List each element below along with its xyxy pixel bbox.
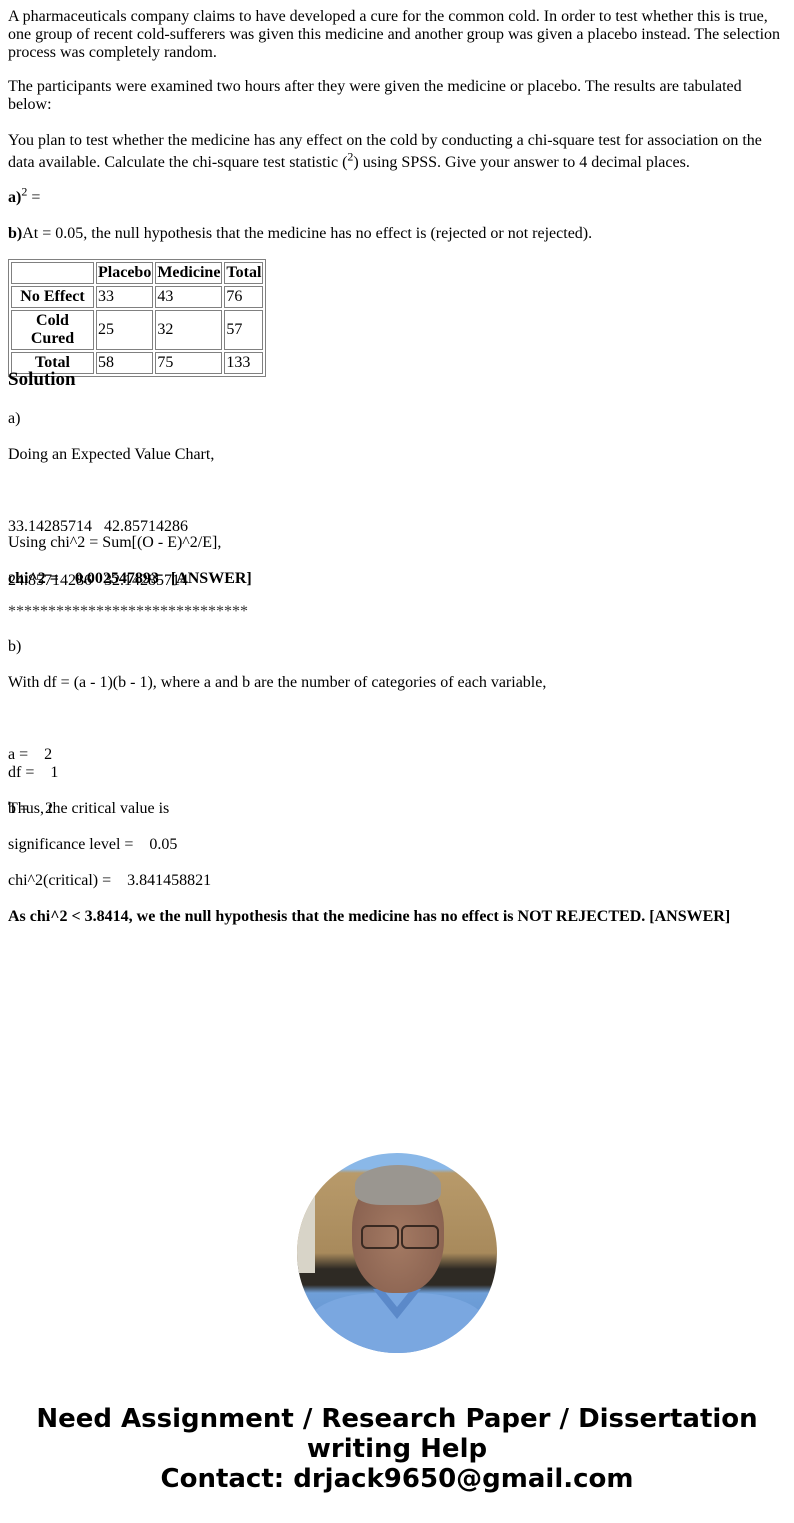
table-cell: 133: [224, 352, 263, 374]
table-cell: 58: [96, 352, 153, 374]
table-header-cell: [11, 262, 94, 284]
row-label: No Effect: [11, 286, 94, 308]
table-header-cell: Placebo: [96, 262, 153, 284]
glasses-icon: [361, 1225, 399, 1249]
table-header-row: Placebo Medicine Total: [11, 262, 263, 284]
table-header-cell: Total: [224, 262, 263, 284]
question-paragraph-1: A pharmaceuticals company claims to have…: [8, 8, 786, 62]
table-cell: 32: [155, 310, 222, 350]
category-counts: a = 2 b = 2: [8, 710, 53, 854]
part-b-label: b): [8, 225, 22, 242]
promo-line: Need Assignment / Research Paper / Disse…: [0, 1404, 794, 1434]
df-value: df = 1: [8, 764, 58, 782]
question-paragraph-2: The participants were examined two hours…: [8, 78, 786, 114]
promo-banner: Need Assignment / Research Paper / Disse…: [0, 1404, 794, 1494]
solution-part-a-label: a): [8, 410, 20, 428]
separator: ******************************: [8, 603, 248, 621]
avatar-shirt: [307, 1293, 487, 1353]
table-row: No Effect 33 43 76: [11, 286, 263, 308]
avatar-background: [297, 1183, 315, 1273]
expected-chart-intro: Doing an Expected Value Chart,: [8, 446, 214, 464]
a-value: a = 2: [8, 746, 53, 764]
part-a-label: a): [8, 189, 21, 206]
part-a-text: =: [27, 189, 40, 206]
row-label: Cold Cured: [11, 310, 94, 350]
df-formula-text: With df = (a - 1)(b - 1), where a and b …: [8, 674, 546, 692]
question-text: ) using SPSS. Give your answer to 4 deci…: [353, 154, 689, 171]
solution-heading: Solution: [8, 369, 76, 391]
glasses-icon: [401, 1225, 439, 1249]
part-b-question: b)At = 0.05, the null hypothesis that th…: [8, 225, 592, 243]
table-cell: 43: [155, 286, 222, 308]
chi-square-answer: chi^2 = 0.002547893 [ANSWER]: [8, 570, 252, 588]
promo-line: writing Help: [0, 1434, 794, 1464]
conclusion-answer: As chi^2 < 3.8414, we the null hypothesi…: [8, 908, 730, 926]
critical-value: chi^2(critical) = 3.841458821: [8, 872, 211, 890]
formula-text: Using chi^2 = Sum[(O - E)^2/E],: [8, 534, 221, 552]
part-a-question: a)2 =: [8, 189, 40, 207]
question-paragraph-3: You plan to test whether the medicine ha…: [8, 130, 786, 174]
table-header-cell: Medicine: [155, 262, 222, 284]
table-row: Cold Cured 25 32 57: [11, 310, 263, 350]
part-b-text: At = 0.05, the null hypothesis that the …: [22, 225, 592, 242]
author-avatar: [297, 1153, 497, 1353]
promo-contact: Contact: drjack9650@gmail.com: [0, 1464, 794, 1494]
critical-intro: Thus, the critical value is: [8, 800, 169, 818]
table-cell: 76: [224, 286, 263, 308]
significance-level: significance level = 0.05: [8, 836, 177, 854]
contingency-table: Placebo Medicine Total No Effect 33 43 7…: [8, 259, 266, 377]
table-cell: 57: [224, 310, 263, 350]
avatar-hair: [355, 1165, 441, 1205]
table-cell: 33: [96, 286, 153, 308]
solution-part-b-label: b): [8, 638, 21, 656]
table-cell: 75: [155, 352, 222, 374]
table-cell: 25: [96, 310, 153, 350]
